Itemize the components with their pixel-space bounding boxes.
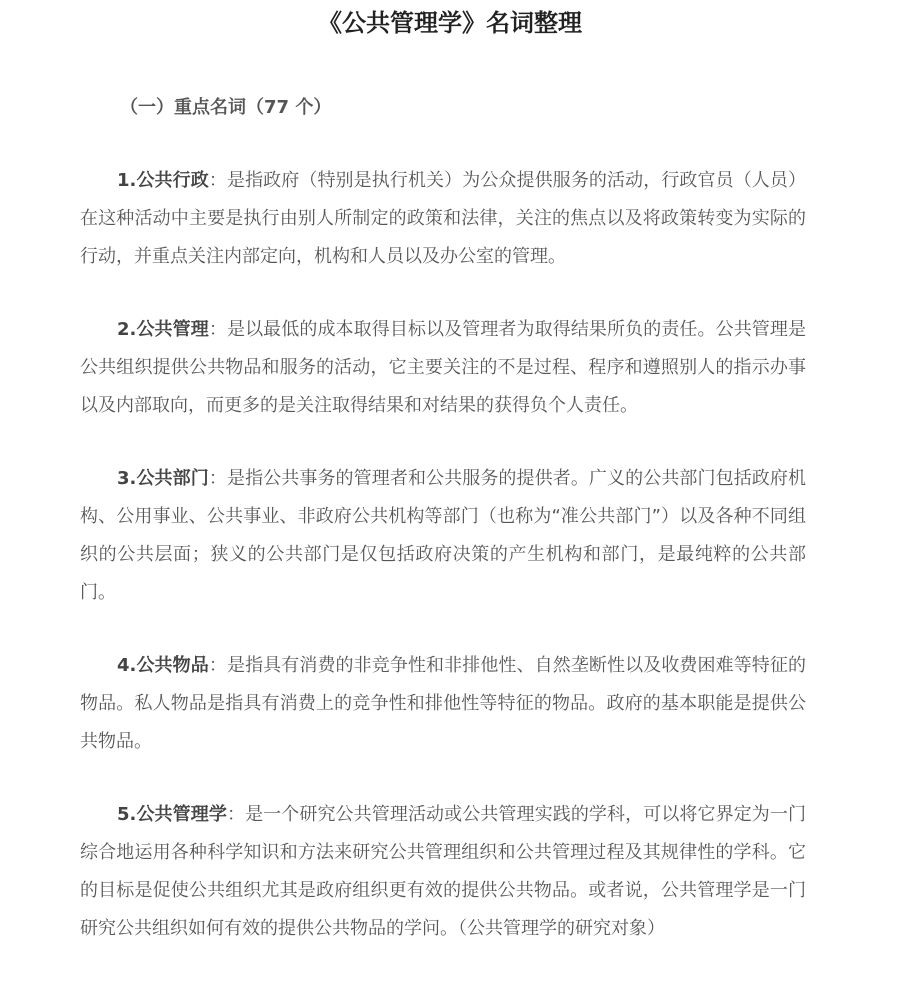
term-separator: ：: [209, 655, 227, 676]
term-separator: ：: [209, 468, 227, 489]
definition-entry-4: 4.公共物品：是指具有消费的非竞争性和非排他性、自然垄断性以及收费困难等特征的物…: [80, 647, 806, 761]
section-heading: （一）重点名词（77 个）: [120, 90, 331, 126]
term-separator: ：: [209, 319, 227, 340]
term-label: 5.公共管理学: [117, 804, 227, 825]
definition-entry-5: 5.公共管理学：是一个研究公共管理活动或公共管理实践的学科，可以将它界定为一门综…: [80, 796, 806, 948]
definition-entry-3: 3.公共部门：是指公共事务的管理者和公共服务的提供者。广义的公共部门包括政府机构…: [80, 460, 806, 612]
term-label: 4.公共物品: [117, 655, 209, 676]
definition-entry-1: 1.公共行政：是指政府（特别是执行机关）为公众提供服务的活动，行政官员（人员）在…: [80, 162, 806, 276]
definition-entry-2: 2.公共管理：是以最低的成本取得目标以及管理者为取得结果所负的责任。公共管理是公…: [80, 311, 806, 425]
term-label: 2.公共管理: [117, 319, 209, 340]
term-label: 1.公共行政: [117, 170, 209, 191]
term-separator: ：: [209, 170, 227, 191]
document-title: 《公共管理学》名词整理: [0, 4, 900, 42]
term-label: 3.公共部门: [117, 468, 209, 489]
definition-list: 1.公共行政：是指政府（特别是执行机关）为公众提供服务的活动，行政官员（人员）在…: [80, 162, 806, 982]
term-separator: ：: [227, 804, 245, 825]
